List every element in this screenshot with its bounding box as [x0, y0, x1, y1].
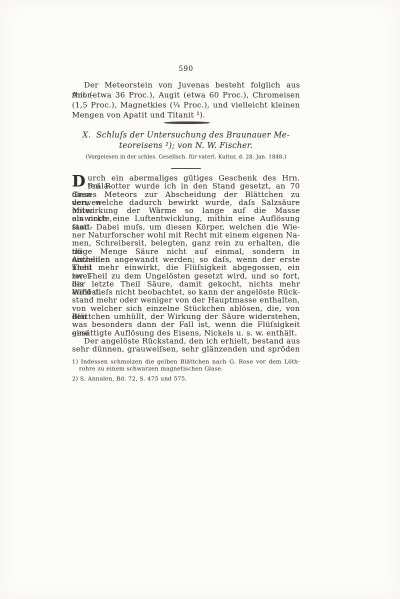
text-line: sehr dünnen, grauweiſsen, sehr glänzende… — [72, 345, 300, 353]
text-line: (1,5 Proc.), Magnetkies (¼ Proc.), und v… — [72, 100, 300, 110]
text-line: rohre zu einem schwarzen magnetischen Gl… — [72, 365, 300, 372]
text-line: Der Meteorstein von Juvenas besteht folg… — [72, 80, 300, 90]
journal-page: 590 Der Meteorstein von Juvenas besteht … — [0, 0, 400, 599]
second-paragraph: Der angelöste Rückstand, den ich erhielt… — [72, 337, 300, 353]
first-paragraph: D urch ein abermaliges gütiges Geschenk … — [72, 174, 300, 337]
article-body: D urch ein abermaliges gütiges Geschenk … — [72, 174, 300, 353]
thin-rule-separator — [171, 168, 201, 169]
text-line: 1) Indessen schmolzen die gelben Blättch… — [72, 358, 300, 365]
footnotes: 1) Indessen schmolzen die gelben Blättch… — [72, 358, 300, 385]
swelled-rule-separator — [164, 122, 210, 125]
article-heading: X. Schluſs der Untersuchung des Braunaue… — [72, 130, 300, 151]
text-line: X. Schluſs der Untersuchung des Braunaue… — [72, 130, 300, 141]
first-paragraph-lines: urch ein abermaliges gütiges Geschenk de… — [72, 174, 300, 337]
presentation-note: (Vorgelesen in der schles. Gesellsch. fü… — [72, 154, 300, 160]
text-line: 2) S. Annalen, Bd. 72, S. 475 und 575. — [72, 375, 300, 382]
footnote-2: 2) S. Annalen, Bd. 72, S. 475 und 575. — [72, 375, 300, 382]
scanned-page-viewport: 590 Der Meteorstein von Juvenas besteht … — [0, 0, 400, 599]
text-line: teoreisens ²); von N. W. Fischer. — [72, 140, 300, 151]
text-line: thit (etwa 36 Proc.), Augit (etwa 60 Pro… — [72, 90, 300, 100]
footnote-1: 1) Indessen schmolzen die gelben Blättch… — [72, 358, 300, 372]
presentation-note-text: (Vorgelesen in der schles. Gesellsch. fü… — [72, 154, 300, 160]
intro-paragraph: Der Meteorstein von Juvenas besteht folg… — [72, 80, 300, 120]
page-number: 590 — [72, 65, 300, 73]
drop-cap: D — [72, 174, 88, 190]
text-line: Mengen von Apatit und Titanit ¹). — [72, 110, 300, 120]
